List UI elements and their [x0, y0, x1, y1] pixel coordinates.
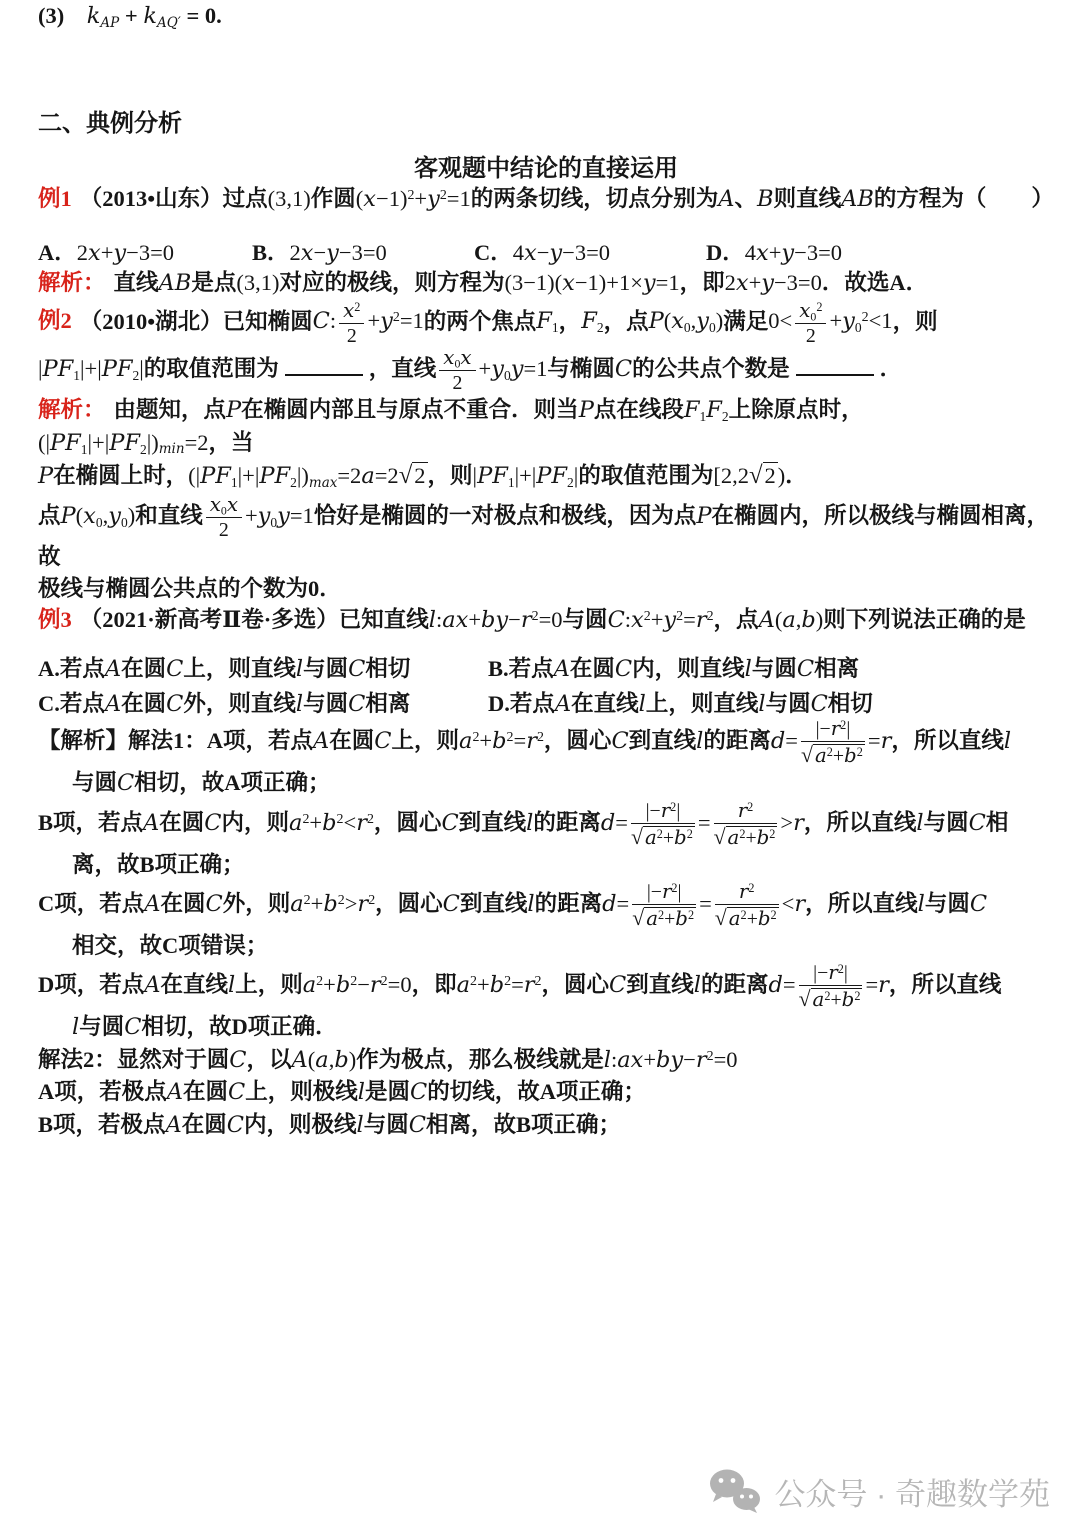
example3-method2-a: A项，若极点A在圆C上，则极线l是圆C的切线，故A项正确； — [38, 1076, 1054, 1109]
footer-text: 公众号 · 奇趣数学苑 — [774, 1469, 1050, 1514]
example3-method2-b: B项，若极点A在圆C内，则极线l与圆C相离，故B项正确； — [38, 1109, 1054, 1142]
example3-body: （2021·新高考Ⅱ卷·多选）已知直线l:ax+by−r2=0与圆C:x2+y2… — [80, 607, 1026, 632]
example2-solution-line2: P在椭圆上时，(|PF1|+|PF2|)max=2a=2√2，则|PF1|+|P… — [38, 459, 1054, 494]
example1-option-a: A．2x+y−3=0 — [38, 235, 252, 267]
example1-solution: 解析：直线AB是点(3,1)对应的极线，则方程为(3−1)(x−1)+1×y=1… — [38, 267, 1054, 300]
center-title: 客观题中结论的直接运用 — [38, 148, 1054, 183]
example2-statement-line2: |PF1|+|PF2|的取值范围为，直线x0x2+y0y=1与椭圆C的公共点个数… — [38, 347, 1054, 394]
conclusion-formula-3: (3) kAP + kAQ′ = 0. — [38, 0, 1054, 33]
example1-option-b: B．2x−y−3=0 — [252, 235, 474, 267]
example3-solution-a-line2: 与圆C相切，故A项正确； — [38, 767, 1054, 800]
example2-solution-label: 解析： — [38, 397, 106, 422]
example1-options: A．2x+y−3=0 B．2x−y−3=0 C．4x−y−3=0 D．4x+y−… — [38, 235, 1054, 267]
example2-statement-line1: 例2（2010•湖北）已知椭圆C:x22+y2=1的两个焦点F1，F2，点P(x… — [38, 300, 1054, 347]
example2-solution-body1: 由题知，点P在椭圆内部且与原点不重合．则当P点在线段F1F2上除原点时，(|PF… — [38, 397, 864, 455]
example3-solution-b-line1: B项，若点A在圆C内，则a2+b2<r2，圆心C到直线l的距离d=|−r2|√a… — [38, 800, 1054, 850]
example2-solution-line4: 极线与椭圆公共点的个数为0． — [38, 573, 1054, 605]
example3-solution-d-line1: D项，若点A在直线l上，则a2+b2−r2=0，即a2+b2=r2，圆心C到直线… — [38, 962, 1054, 1012]
footer-watermark: 公众号 · 奇趣数学苑 — [708, 1468, 1050, 1514]
example2-body-line1: （2010•湖北）已知椭圆C:x22+y2=1的两个焦点F1，F2，点P(x0,… — [80, 308, 938, 333]
example3-label: 例3 — [38, 607, 72, 632]
document-page: (3) kAP + kAQ′ = 0. 二、典例分析 客观题中结论的直接运用 例… — [0, 0, 1080, 1141]
example1-option-d: D．4x+y−3=0 — [706, 235, 842, 267]
example2-label: 例2 — [38, 308, 72, 333]
example3-statement: 例3（2021·新高考Ⅱ卷·多选）已知直线l:ax+by−r2=0与圆C:x2+… — [38, 604, 1054, 637]
example3-option-b: B.若点A在圆C内，则直线l与圆C相离 — [488, 651, 1054, 683]
example1-solution-body: 直线AB是点(3,1)对应的极线，则方程为(3−1)(x−1)+1×y=1，即2… — [114, 270, 929, 295]
example1-label: 例1 — [38, 186, 72, 211]
example2-solution-line1: 解析：由题知，点P在椭圆内部且与原点不重合．则当P点在线段F1F2上除原点时，(… — [38, 394, 1054, 459]
example1-solution-label: 解析： — [38, 270, 106, 295]
example3-solution-d-line2: l与圆C相切，故D项正确． — [38, 1011, 1054, 1044]
wechat-icon — [708, 1468, 762, 1514]
example3-solution-b-line2: 离，故B项正确； — [38, 849, 1054, 881]
example3-option-d: D.若点A在直线l上，则直线l与圆C相切 — [488, 686, 1054, 718]
example2-solution-line3: 点P(x0,y0)和直线x0x2+y0y=1恰好是椭圆的一对极点和极线，因为点P… — [38, 494, 1054, 573]
example3-options: A.若点A在圆C上，则直线l与圆C相切 B.若点A在圆C内，则直线l与圆C相离 … — [38, 651, 1054, 718]
example3-solution-c-line1: C项，若点A在圆C外，则a2+b2>r2，圆心C到直线l的距离d=|−r2|√a… — [38, 881, 1054, 931]
example1-statement: 例1（2013•山东）过点(3,1)作圆(x−1)2+y2=1的两条切线，切点分… — [38, 183, 1054, 216]
example3-solution-c-line2: 相交，故C项错误； — [38, 930, 1054, 962]
example3-method2: 解法2：显然对于圆C，以A(a,b)作为极点，那么极线就是l:ax+by−r2=… — [38, 1044, 1054, 1077]
example1-option-c: C．4x−y−3=0 — [474, 235, 706, 267]
example3-option-c: C.若点A在圆C外，则直线l与圆C相离 — [38, 686, 488, 718]
example3-option-a: A.若点A在圆C上，则直线l与圆C相切 — [38, 651, 488, 683]
section-heading: 二、典例分析 — [38, 103, 1054, 138]
example3-solution-a-line1: 【解析】解法1：A项，若点A在圆C上，则a2+b2=r2，圆心C到直线l的距离d… — [38, 718, 1054, 768]
example1-body: （2013•山东）过点(3,1)作圆(x−1)2+y2=1的两条切线，切点分别为… — [80, 186, 1054, 211]
